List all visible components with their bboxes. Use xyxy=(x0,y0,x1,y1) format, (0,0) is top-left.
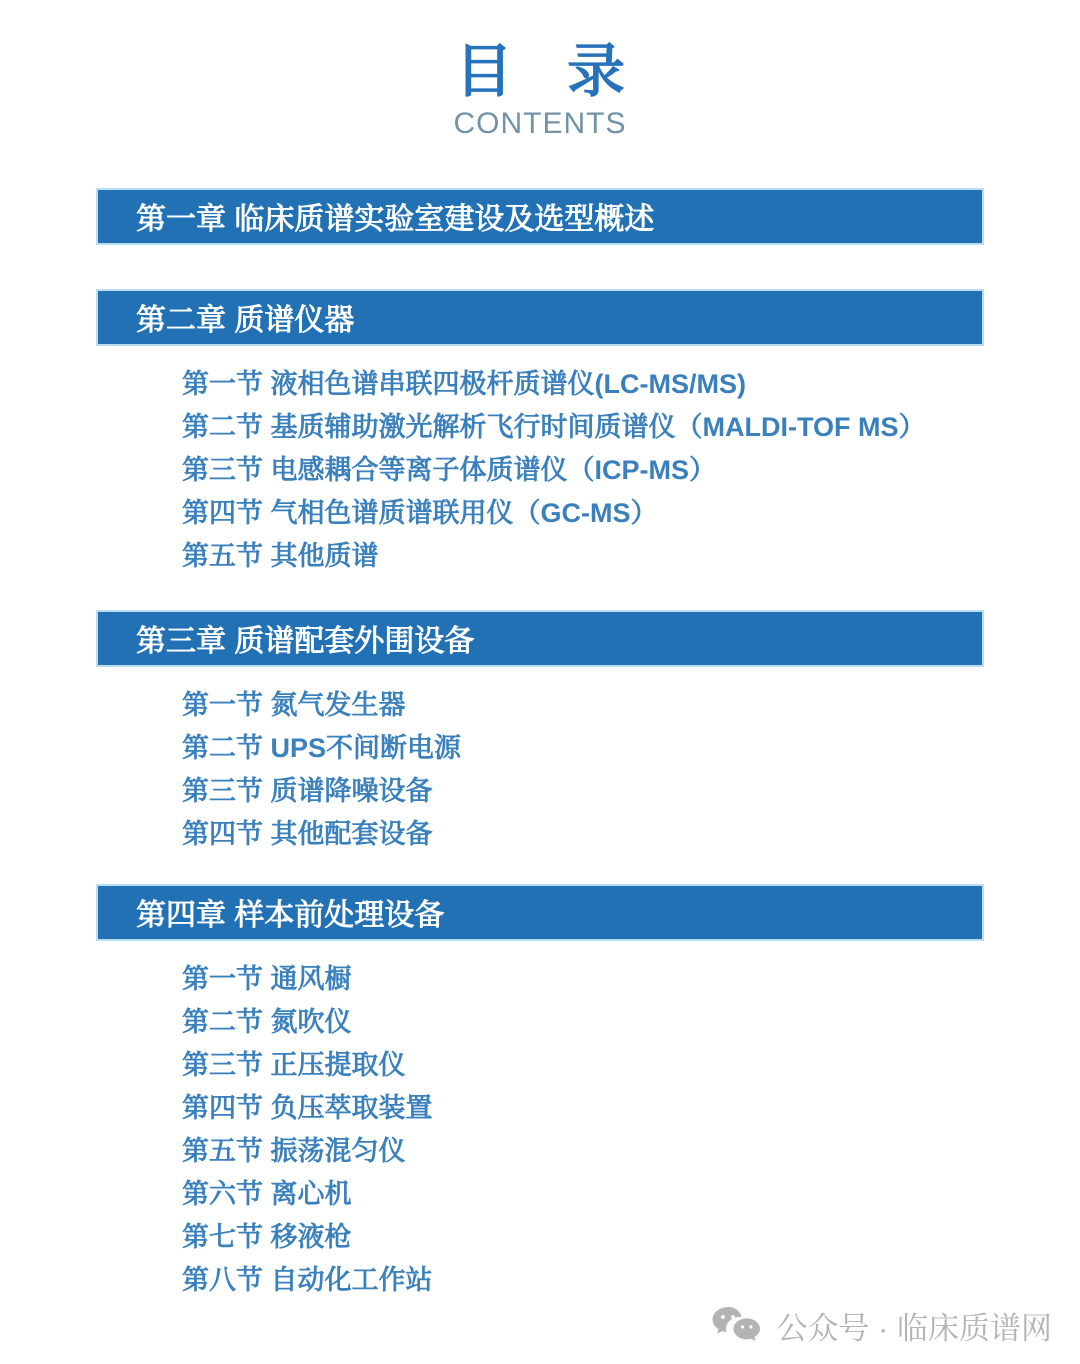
chapter-3-sections: 第一节 氮气发生器 第二节 UPS不间断电源 第三节 质谱降噪设备 第四节 其他… xyxy=(182,684,1080,856)
chapter-3: 第三章 质谱配套外围设备 第一节 氮气发生器 第二节 UPS不间断电源 第三节 … xyxy=(0,612,1080,856)
toc-section-item: 第二节 UPS不间断电源 xyxy=(182,727,1080,770)
page-title-char: 录 xyxy=(567,42,625,103)
page-title-char: 目 xyxy=(455,42,513,103)
toc-section-item: 第三节 电感耦合等离子体质谱仪（ICP-MS） xyxy=(182,449,1080,492)
toc-section-item: 第四节 负压萃取装置 xyxy=(182,1087,1080,1130)
chapter-1-header: 第一章 临床质谱实验室建设及选型概述 xyxy=(98,190,982,243)
toc-section-item: 第一节 氮气发生器 xyxy=(182,684,1080,727)
toc-section-item: 第一节 液相色谱串联四极杆质谱仪(LC-MS/MS) xyxy=(182,363,1080,406)
toc-section-item: 第四节 其他配套设备 xyxy=(182,813,1080,856)
chapter-4-sections: 第一节 通风橱 第二节 氮吹仪 第三节 正压提取仪 第四节 负压萃取装置 第五节… xyxy=(182,958,1080,1302)
toc-section-item: 第三节 正压提取仪 xyxy=(182,1044,1080,1087)
toc-section-item: 第八节 自动化工作站 xyxy=(182,1259,1080,1302)
chapter-3-header: 第三章 质谱配套外围设备 xyxy=(98,612,982,665)
toc-section-item: 第二节 基质辅助激光解析飞行时间质谱仪（MALDI-TOF MS） xyxy=(182,406,1080,449)
wechat-icon xyxy=(710,1305,762,1347)
toc-section-item: 第五节 振荡混匀仪 xyxy=(182,1130,1080,1173)
chapter-4-header: 第四章 样本前处理设备 xyxy=(98,886,982,939)
chapter-2-header: 第二章 质谱仪器 xyxy=(98,291,982,344)
toc-section-item: 第六节 离心机 xyxy=(182,1173,1080,1216)
toc-section-item: 第四节 气相色谱质谱联用仪（GC-MS） xyxy=(182,492,1080,535)
toc-page: 目 录 CONTENTS 第一章 临床质谱实验室建设及选型概述 第二章 质谱仪器… xyxy=(0,0,1080,1364)
watermark: 公众号 · 临床质谱网 xyxy=(710,1303,1052,1348)
toc-section-item: 第一节 通风橱 xyxy=(182,958,1080,1001)
toc-section-item: 第二节 氮吹仪 xyxy=(182,1001,1080,1044)
table-of-contents: 第一章 临床质谱实验室建设及选型概述 第二章 质谱仪器 第一节 液相色谱串联四极… xyxy=(0,190,1080,1302)
chapter-1: 第一章 临床质谱实验室建设及选型概述 xyxy=(0,190,1080,243)
chapter-2: 第二章 质谱仪器 第一节 液相色谱串联四极杆质谱仪(LC-MS/MS) 第二节 … xyxy=(0,291,1080,578)
page-title: 目 录 xyxy=(455,42,625,103)
chapter-2-sections: 第一节 液相色谱串联四极杆质谱仪(LC-MS/MS) 第二节 基质辅助激光解析飞… xyxy=(182,363,1080,578)
chapter-4: 第四章 样本前处理设备 第一节 通风橱 第二节 氮吹仪 第三节 正压提取仪 第四… xyxy=(0,886,1080,1302)
page-title-block: 目 录 CONTENTS xyxy=(0,0,1080,140)
watermark-text: 公众号 · 临床质谱网 xyxy=(776,1303,1052,1348)
toc-section-item: 第七节 移液枪 xyxy=(182,1216,1080,1259)
page-subtitle: CONTENTS xyxy=(454,107,627,140)
toc-section-item: 第五节 其他质谱 xyxy=(182,535,1080,578)
toc-section-item: 第三节 质谱降噪设备 xyxy=(182,770,1080,813)
